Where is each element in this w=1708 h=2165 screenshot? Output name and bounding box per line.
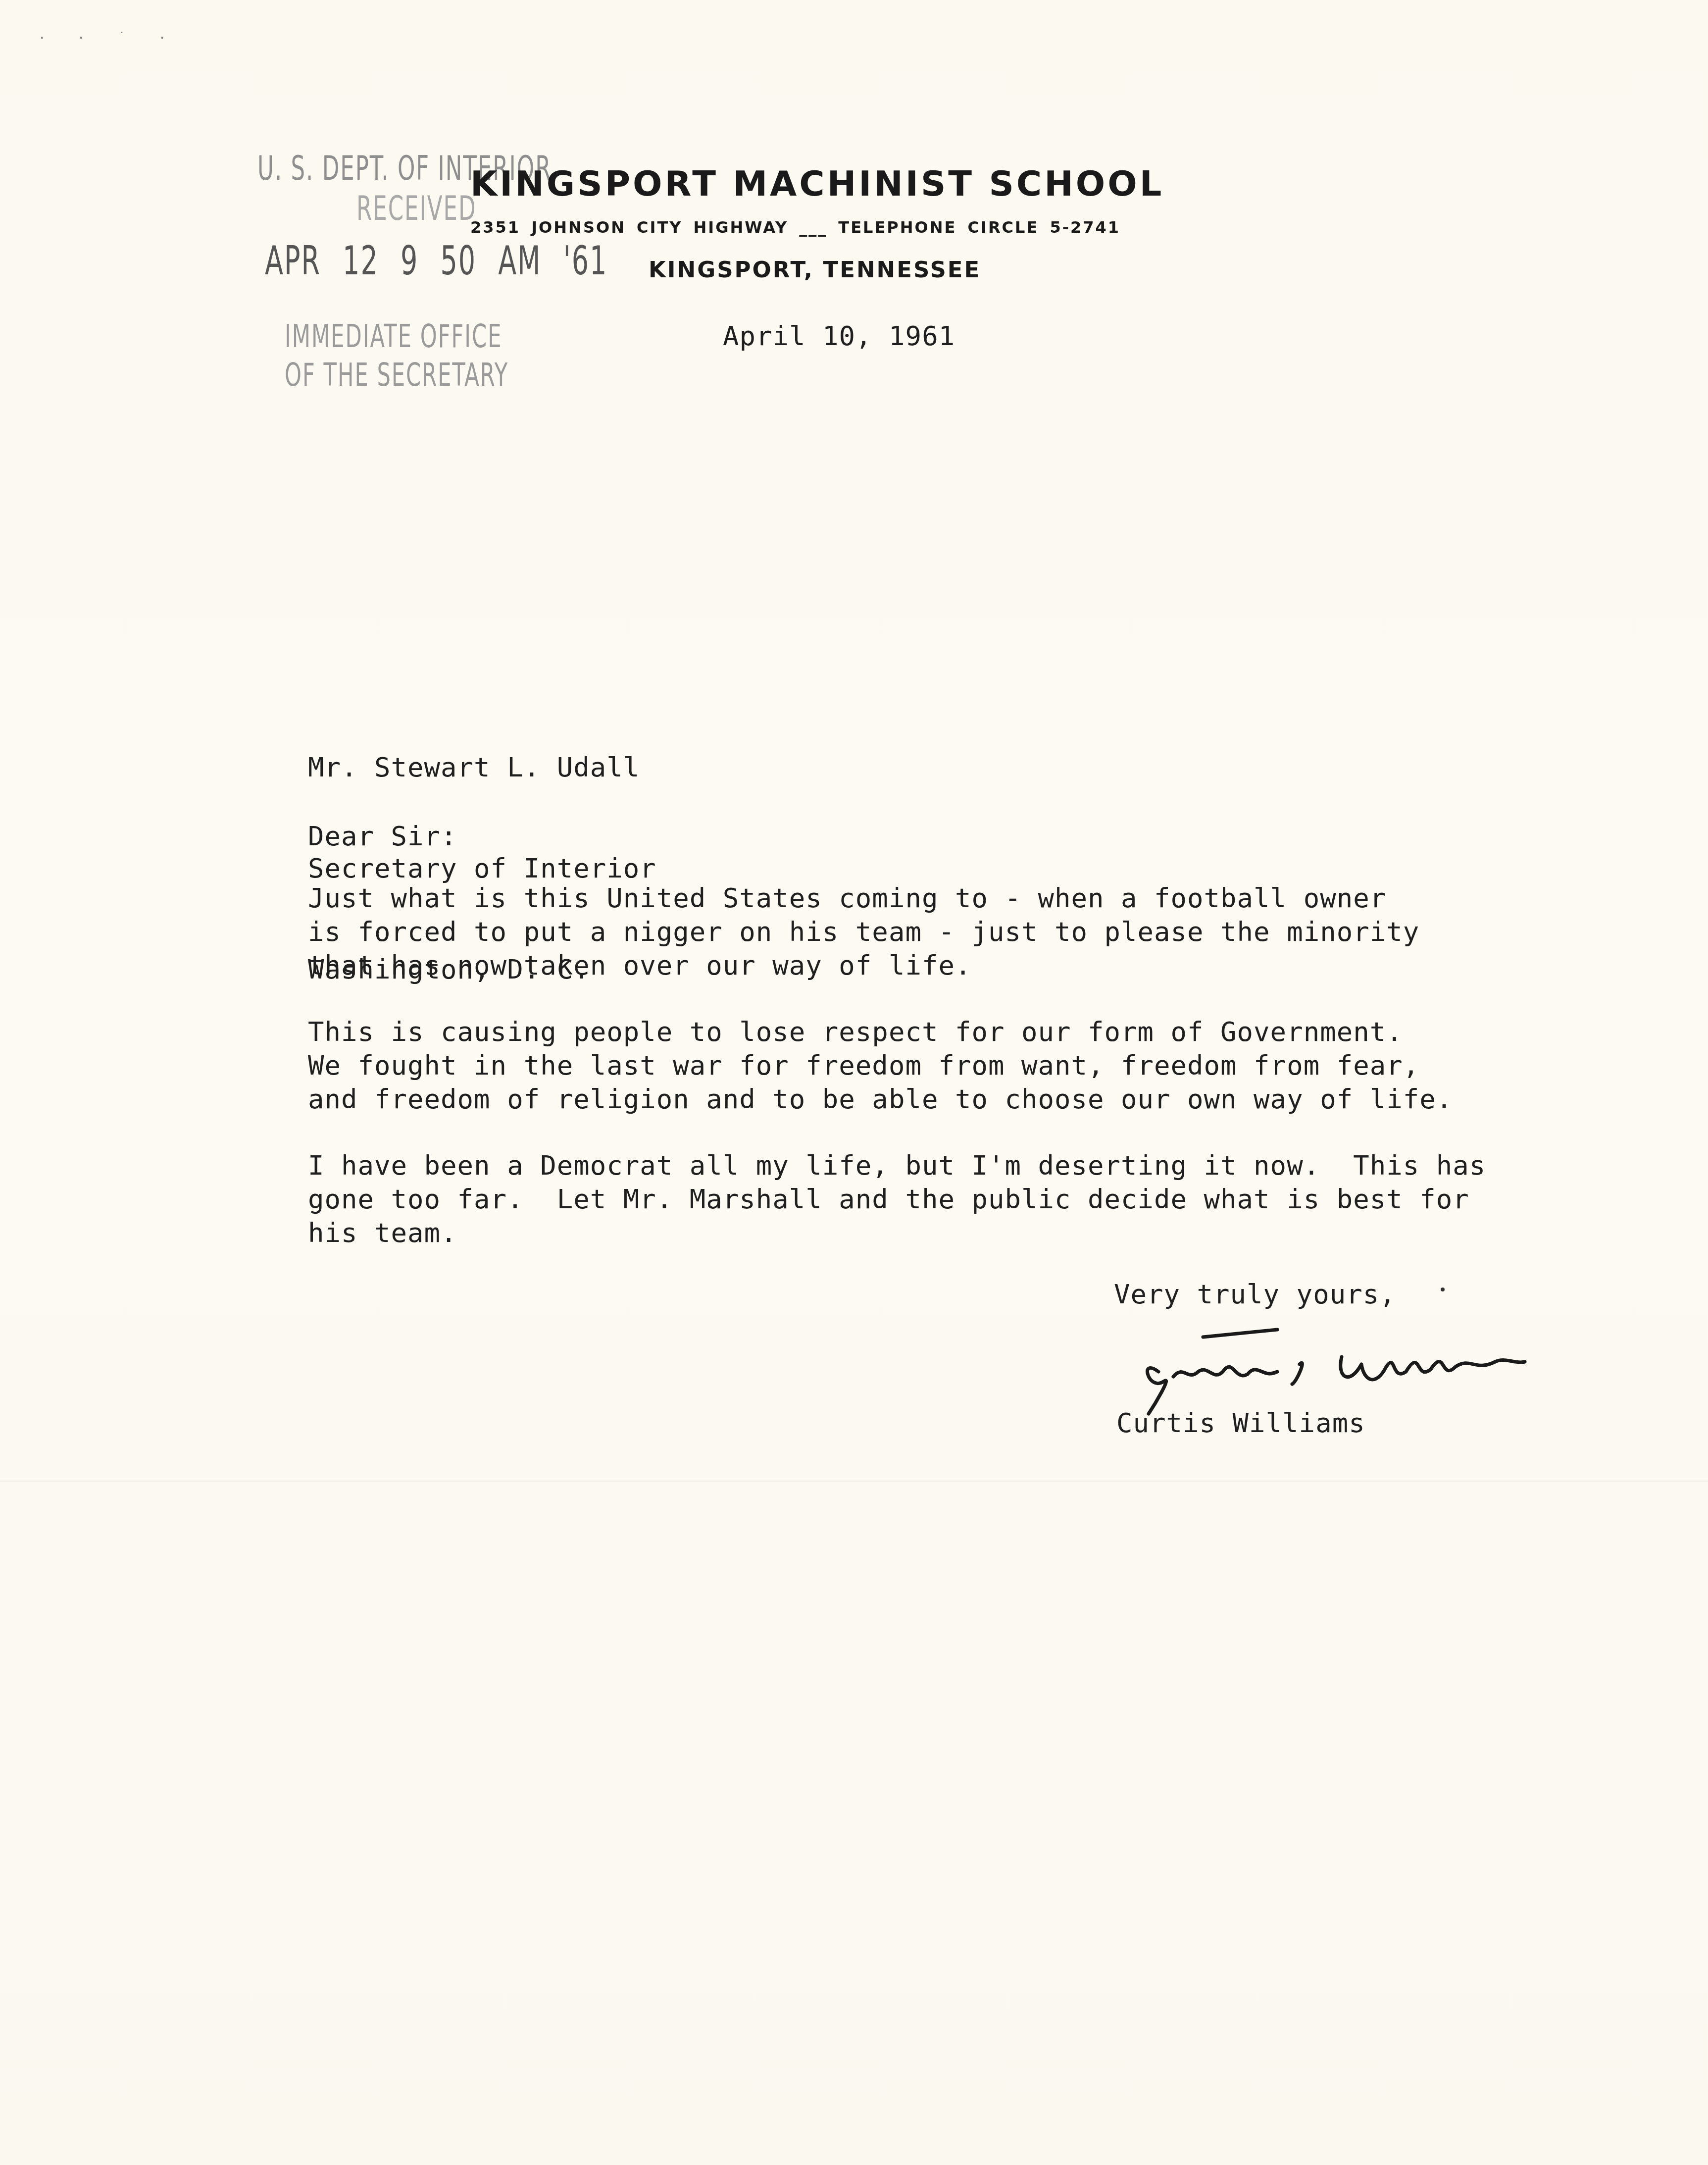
ink-mark	[1441, 1288, 1445, 1291]
body-paragraph-3: I have been a Democrat all my life, but …	[308, 1149, 1486, 1250]
letterhead-city: KINGSPORT, TENNESSEE	[470, 257, 1164, 283]
recipient-title: Secretary of Interior	[308, 852, 656, 885]
letterhead-name: KINGSPORT MACHINIST SCHOOL	[470, 163, 1164, 204]
stamp-office-line-2: OF THE SECRETARY	[285, 356, 508, 394]
letter-date: April 10, 1961	[723, 319, 955, 353]
recipient-name: Mr. Stewart L. Udall	[308, 751, 656, 784]
letterhead: KINGSPORT MACHINIST SCHOOL 2351 JOHNSON …	[470, 163, 1164, 283]
body-paragraph-2: This is causing people to lose respect f…	[308, 1015, 1453, 1116]
office-stamp: IMMEDIATE OFFICE OF THE SECRETARY	[285, 317, 508, 395]
typed-signature-name: Curtis Williams	[1116, 1406, 1365, 1440]
salutation: Dear Sir:	[308, 820, 457, 853]
body-paragraph-1: Just what is this United States coming t…	[308, 881, 1419, 982]
letterhead-address: 2351 JOHNSON CITY HIGHWAY ___ TELEPHONE …	[470, 218, 1164, 237]
paper-specks: · · ˙ ·	[40, 30, 179, 47]
handwritten-signature	[1129, 1317, 1535, 1416]
closing: Very truly yours,	[1114, 1278, 1396, 1311]
paper-fold-line	[0, 1481, 1708, 1482]
stamp-office-line-1: IMMEDIATE OFFICE	[285, 317, 508, 356]
